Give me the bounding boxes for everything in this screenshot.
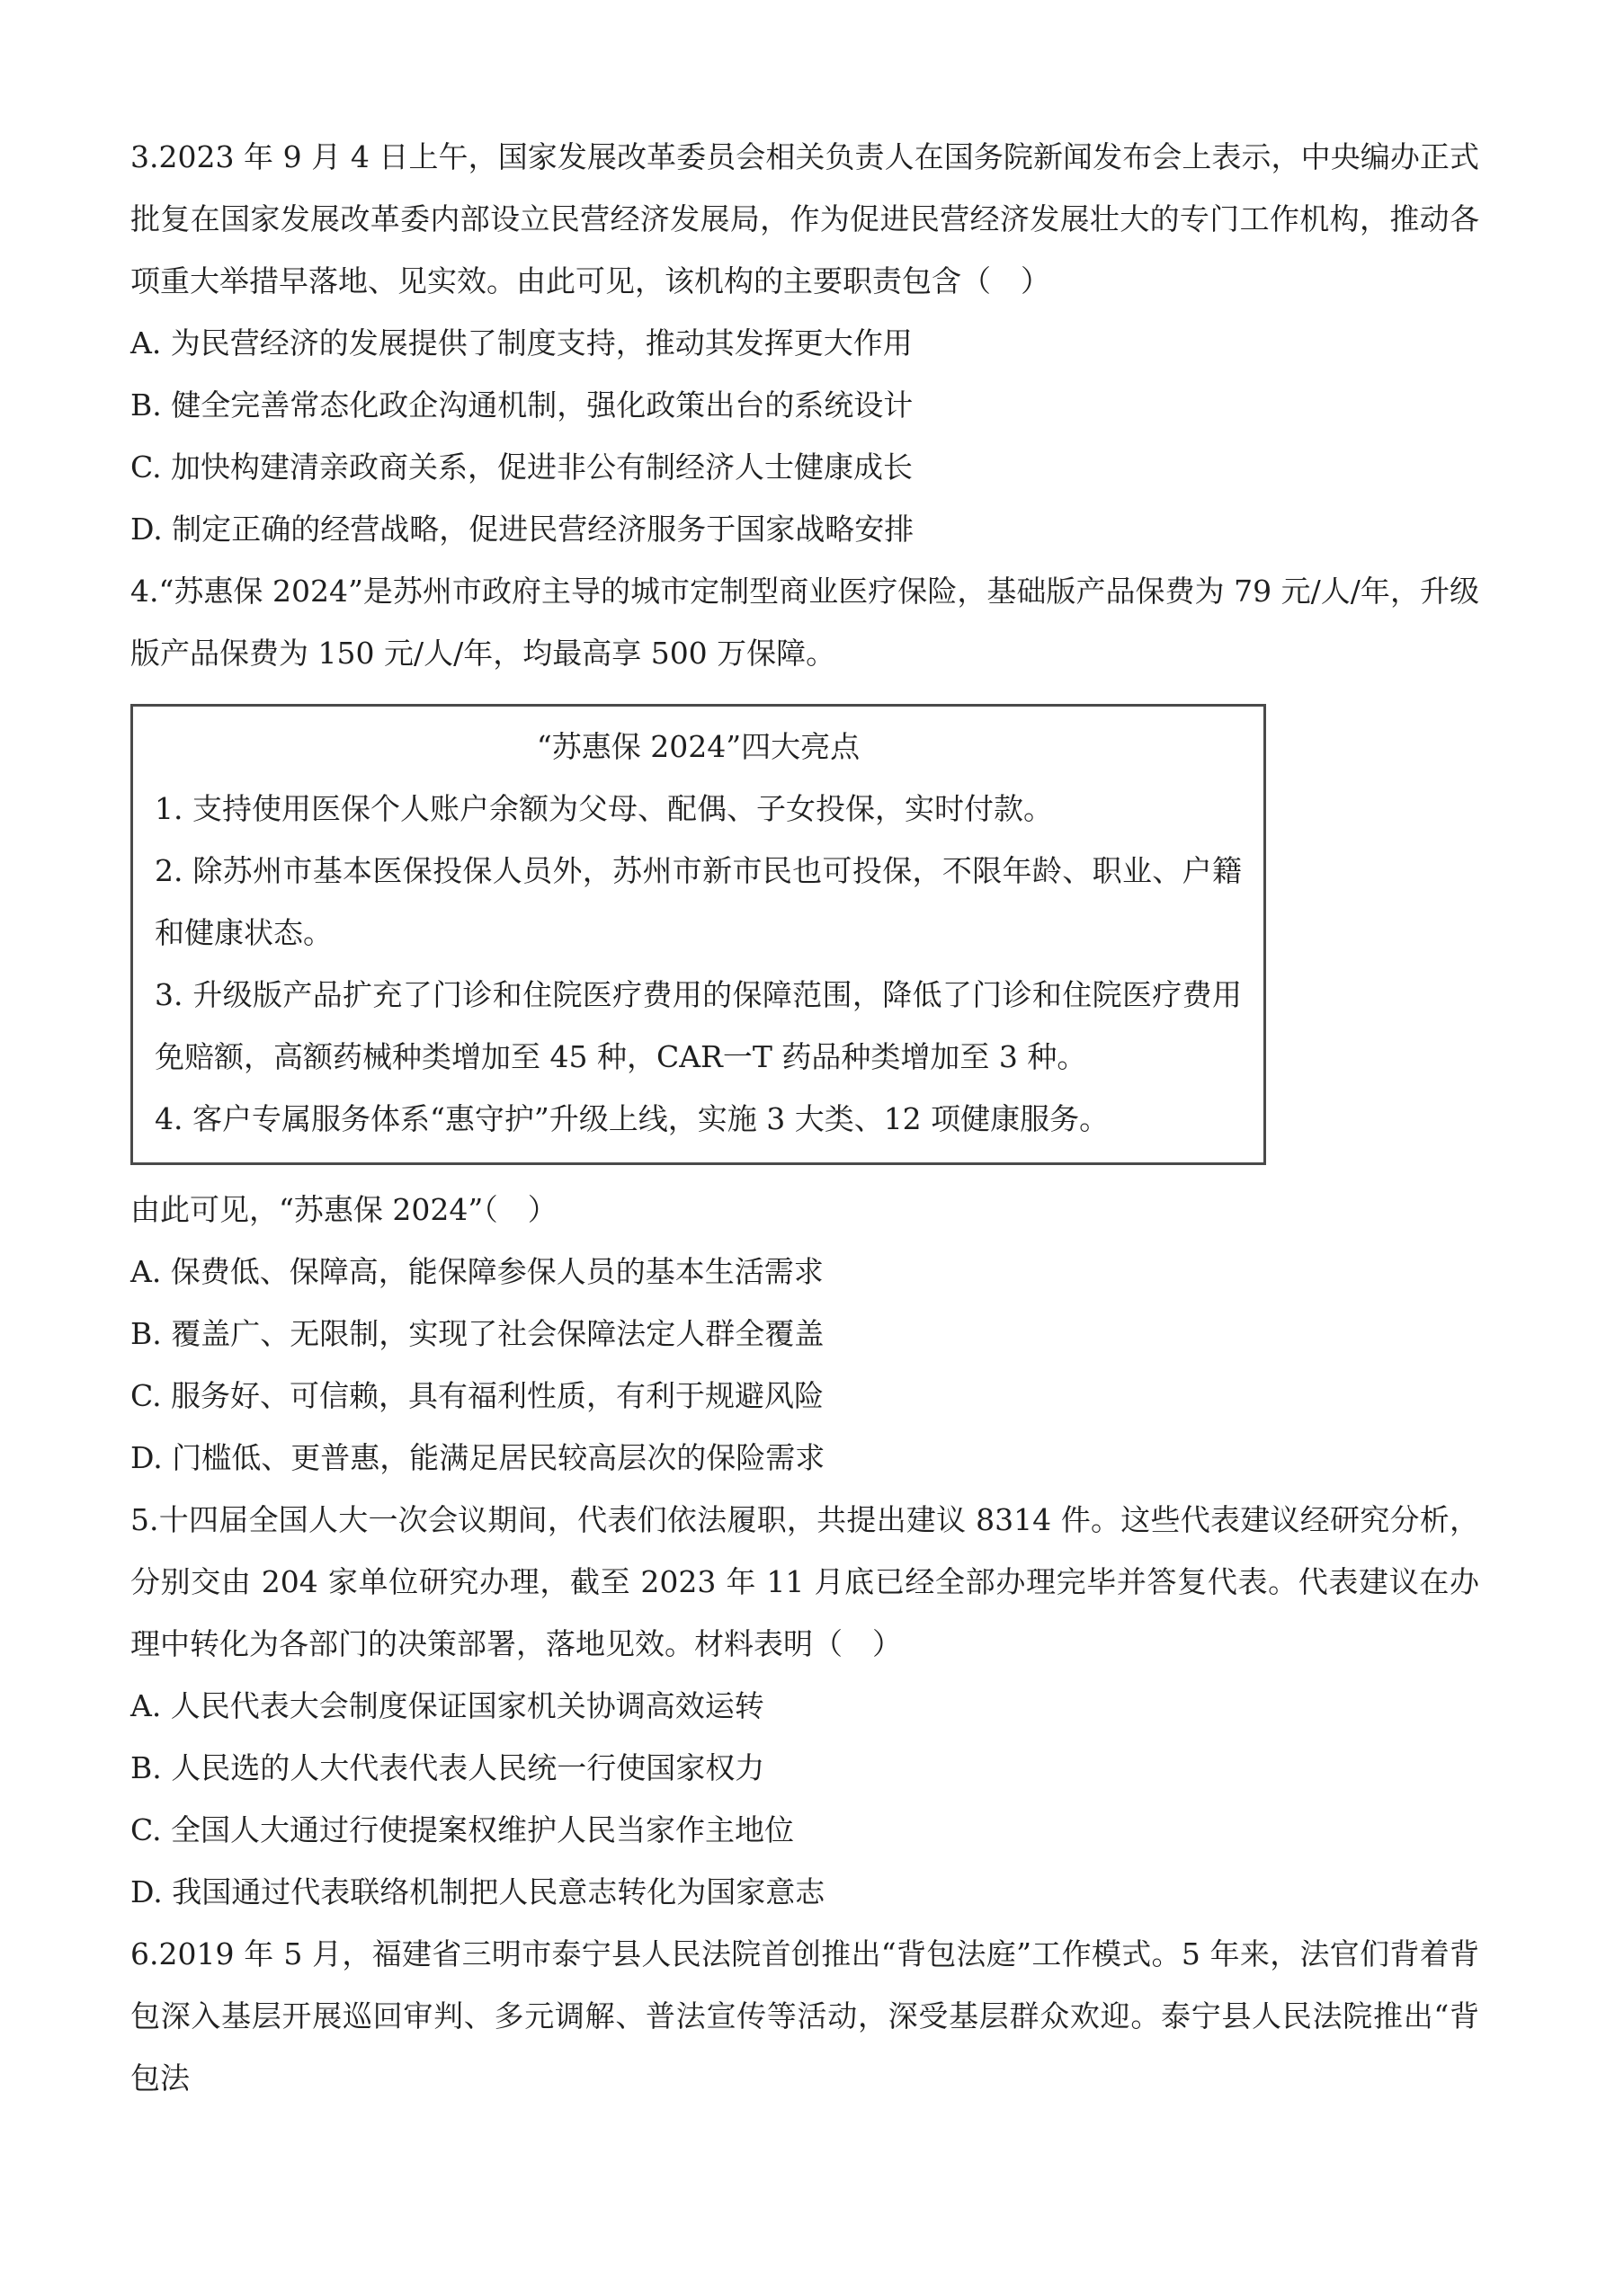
- suhuibao-highlights-box: “苏惠保 2024”四大亮点 1. 支持使用医保个人账户余额为父母、配偶、子女投…: [130, 704, 1266, 1165]
- question-5-option-d: D. 我国通过代表联络机制把人民意志转化为国家意志: [130, 1861, 1479, 1923]
- question-3-option-a: A. 为民营经济的发展提供了制度支持，推动其发挥更大作用: [130, 312, 1479, 374]
- question-4-option-c: C. 服务好、可信赖，具有福利性质，有利于规避风险: [130, 1365, 1479, 1427]
- highlights-item-4: 4. 客户专属服务体系“惠守护”升级上线，实施 3 大类、12 项健康服务。: [155, 1088, 1242, 1150]
- highlights-item-2: 2. 除苏州市基本医保投保人员外，苏州市新市民也可投保，不限年龄、职业、户籍和健…: [155, 840, 1242, 964]
- question-5-stem: 5.十四届全国人大一次会议期间，代表们依法履职，共提出建议 8314 件。这些代…: [130, 1489, 1479, 1675]
- question-3-option-b: B. 健全完善常态化政企沟通机制，强化政策出台的系统设计: [130, 374, 1479, 436]
- question-4-stem: 4.“苏惠保 2024”是苏州市政府主导的城市定制型商业医疗保险，基础版产品保费…: [130, 560, 1479, 684]
- question-5-option-b: B. 人民选的人大代表代表人民统一行使国家权力: [130, 1737, 1479, 1799]
- exam-page: 3.2023 年 9 月 4 日上午，国家发展改革委员会相关负责人在国务院新闻发…: [130, 0, 1479, 2109]
- question-4-option-d: D. 门槛低、更普惠，能满足居民较高层次的保险需求: [130, 1427, 1479, 1489]
- highlights-item-3: 3. 升级版产品扩充了门诊和住院医疗费用的保障范围，降低了门诊和住院医疗费用免赔…: [155, 964, 1242, 1088]
- question-3-option-d: D. 制定正确的经营战略，促进民营经济服务于国家战略安排: [130, 498, 1479, 560]
- question-6-stem: 6.2019 年 5 月，福建省三明市泰宁县人民法院首创推出“背包法庭”工作模式…: [130, 1923, 1479, 2109]
- highlights-box-title: “苏惠保 2024”四大亮点: [155, 716, 1242, 778]
- highlights-item-1: 1. 支持使用医保个人账户余额为父母、配偶、子女投保，实时付款。: [155, 778, 1242, 840]
- question-3-stem: 3.2023 年 9 月 4 日上午，国家发展改革委员会相关负责人在国务院新闻发…: [130, 126, 1479, 312]
- question-3-option-c: C. 加快构建清亲政商关系，促进非公有制经济人士健康成长: [130, 436, 1479, 498]
- question-4-option-b: B. 覆盖广、无限制，实现了社会保障法定人群全覆盖: [130, 1303, 1479, 1365]
- question-4-option-a: A. 保费低、保障高，能保障参保人员的基本生活需求: [130, 1241, 1479, 1303]
- question-4-conclusion: 由此可见，“苏惠保 2024”（ ）: [130, 1179, 1479, 1241]
- question-5-option-a: A. 人民代表大会制度保证国家机关协调高效运转: [130, 1675, 1479, 1737]
- question-5-option-c: C. 全国人大通过行使提案权维护人民当家作主地位: [130, 1799, 1479, 1861]
